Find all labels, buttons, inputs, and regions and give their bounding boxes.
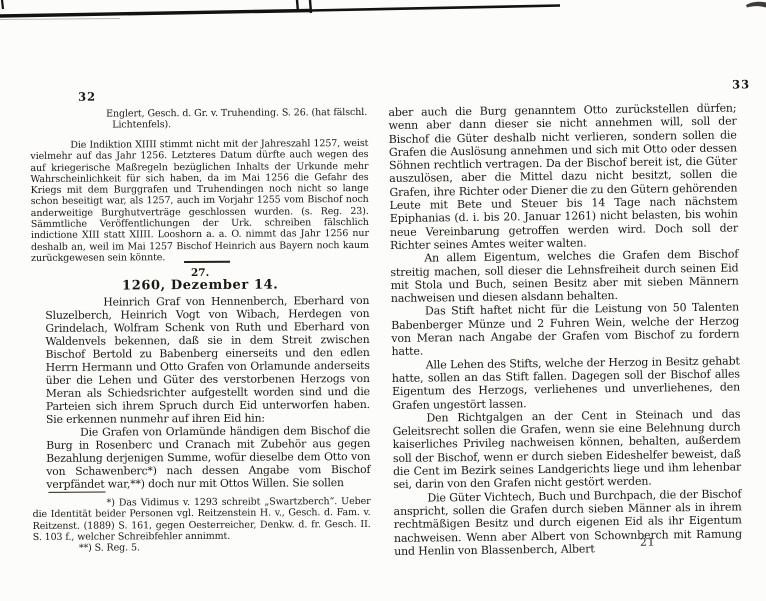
paragraph: Das Stift haftet nicht für die Leistung …: [391, 301, 740, 359]
footnote-divider: [48, 492, 105, 494]
scan-edge-artifact: [0, 0, 766, 30]
paragraph: Den Richtgalgen an der Cent in Steinach …: [392, 407, 741, 491]
entry-date-heading: 1260, Dezember 14.: [31, 277, 369, 294]
paragraph: Die Grafen von Orlamünde händigen dem Bi…: [46, 424, 370, 491]
editorial-note: Die Indiktion XIIII stimmt nicht mit der…: [30, 138, 369, 264]
footnote: **) S. Reg. 5.: [79, 541, 371, 554]
citation-block: Englert, Gesch. d. Gr. v. Truhending. S.…: [30, 107, 368, 132]
paragraph: Die Güter Vichtech, Buch und Burchpach, …: [393, 487, 742, 558]
section-divider: [184, 261, 230, 263]
right-page: 33 aber auch die Burg genanntem Otto zur…: [388, 77, 743, 587]
citation-line: Lichtenfels).: [112, 118, 368, 131]
paragraph: An allem Eigentum, welches die Grafen de…: [390, 248, 739, 306]
page-number-left: 32: [78, 90, 96, 104]
book-scan: 32 Englert, Gesch. d. Gr. v. Truhending.…: [0, 0, 766, 601]
footnote: *) Das Vidimus v. 1293 schreibt „Swartzb…: [32, 496, 370, 543]
entry-body: Heinrich Graf von Hennenberch, Eberhard …: [45, 294, 370, 491]
left-page: 32 Englert, Gesch. d. Gr. v. Truhending.…: [30, 88, 371, 570]
paragraph: aber auch die Burg genanntem Otto zurück…: [388, 101, 738, 252]
paragraph: Heinrich Graf von Hennenberch, Eberhard …: [45, 294, 370, 426]
citation-line: Englert, Gesch. d. Gr. v. Truhending. S.…: [106, 107, 368, 120]
footnotes: *) Das Vidimus v. 1293 schreibt „Swartzb…: [32, 496, 370, 555]
page-number-right: 33: [732, 77, 750, 91]
sheet-signature-mark: 21: [640, 537, 656, 549]
entry-body-continued: aber auch die Burg genanntem Otto zurück…: [388, 101, 742, 558]
paragraph: Alle Lehen des Stifts, welche der Herzog…: [392, 354, 741, 412]
